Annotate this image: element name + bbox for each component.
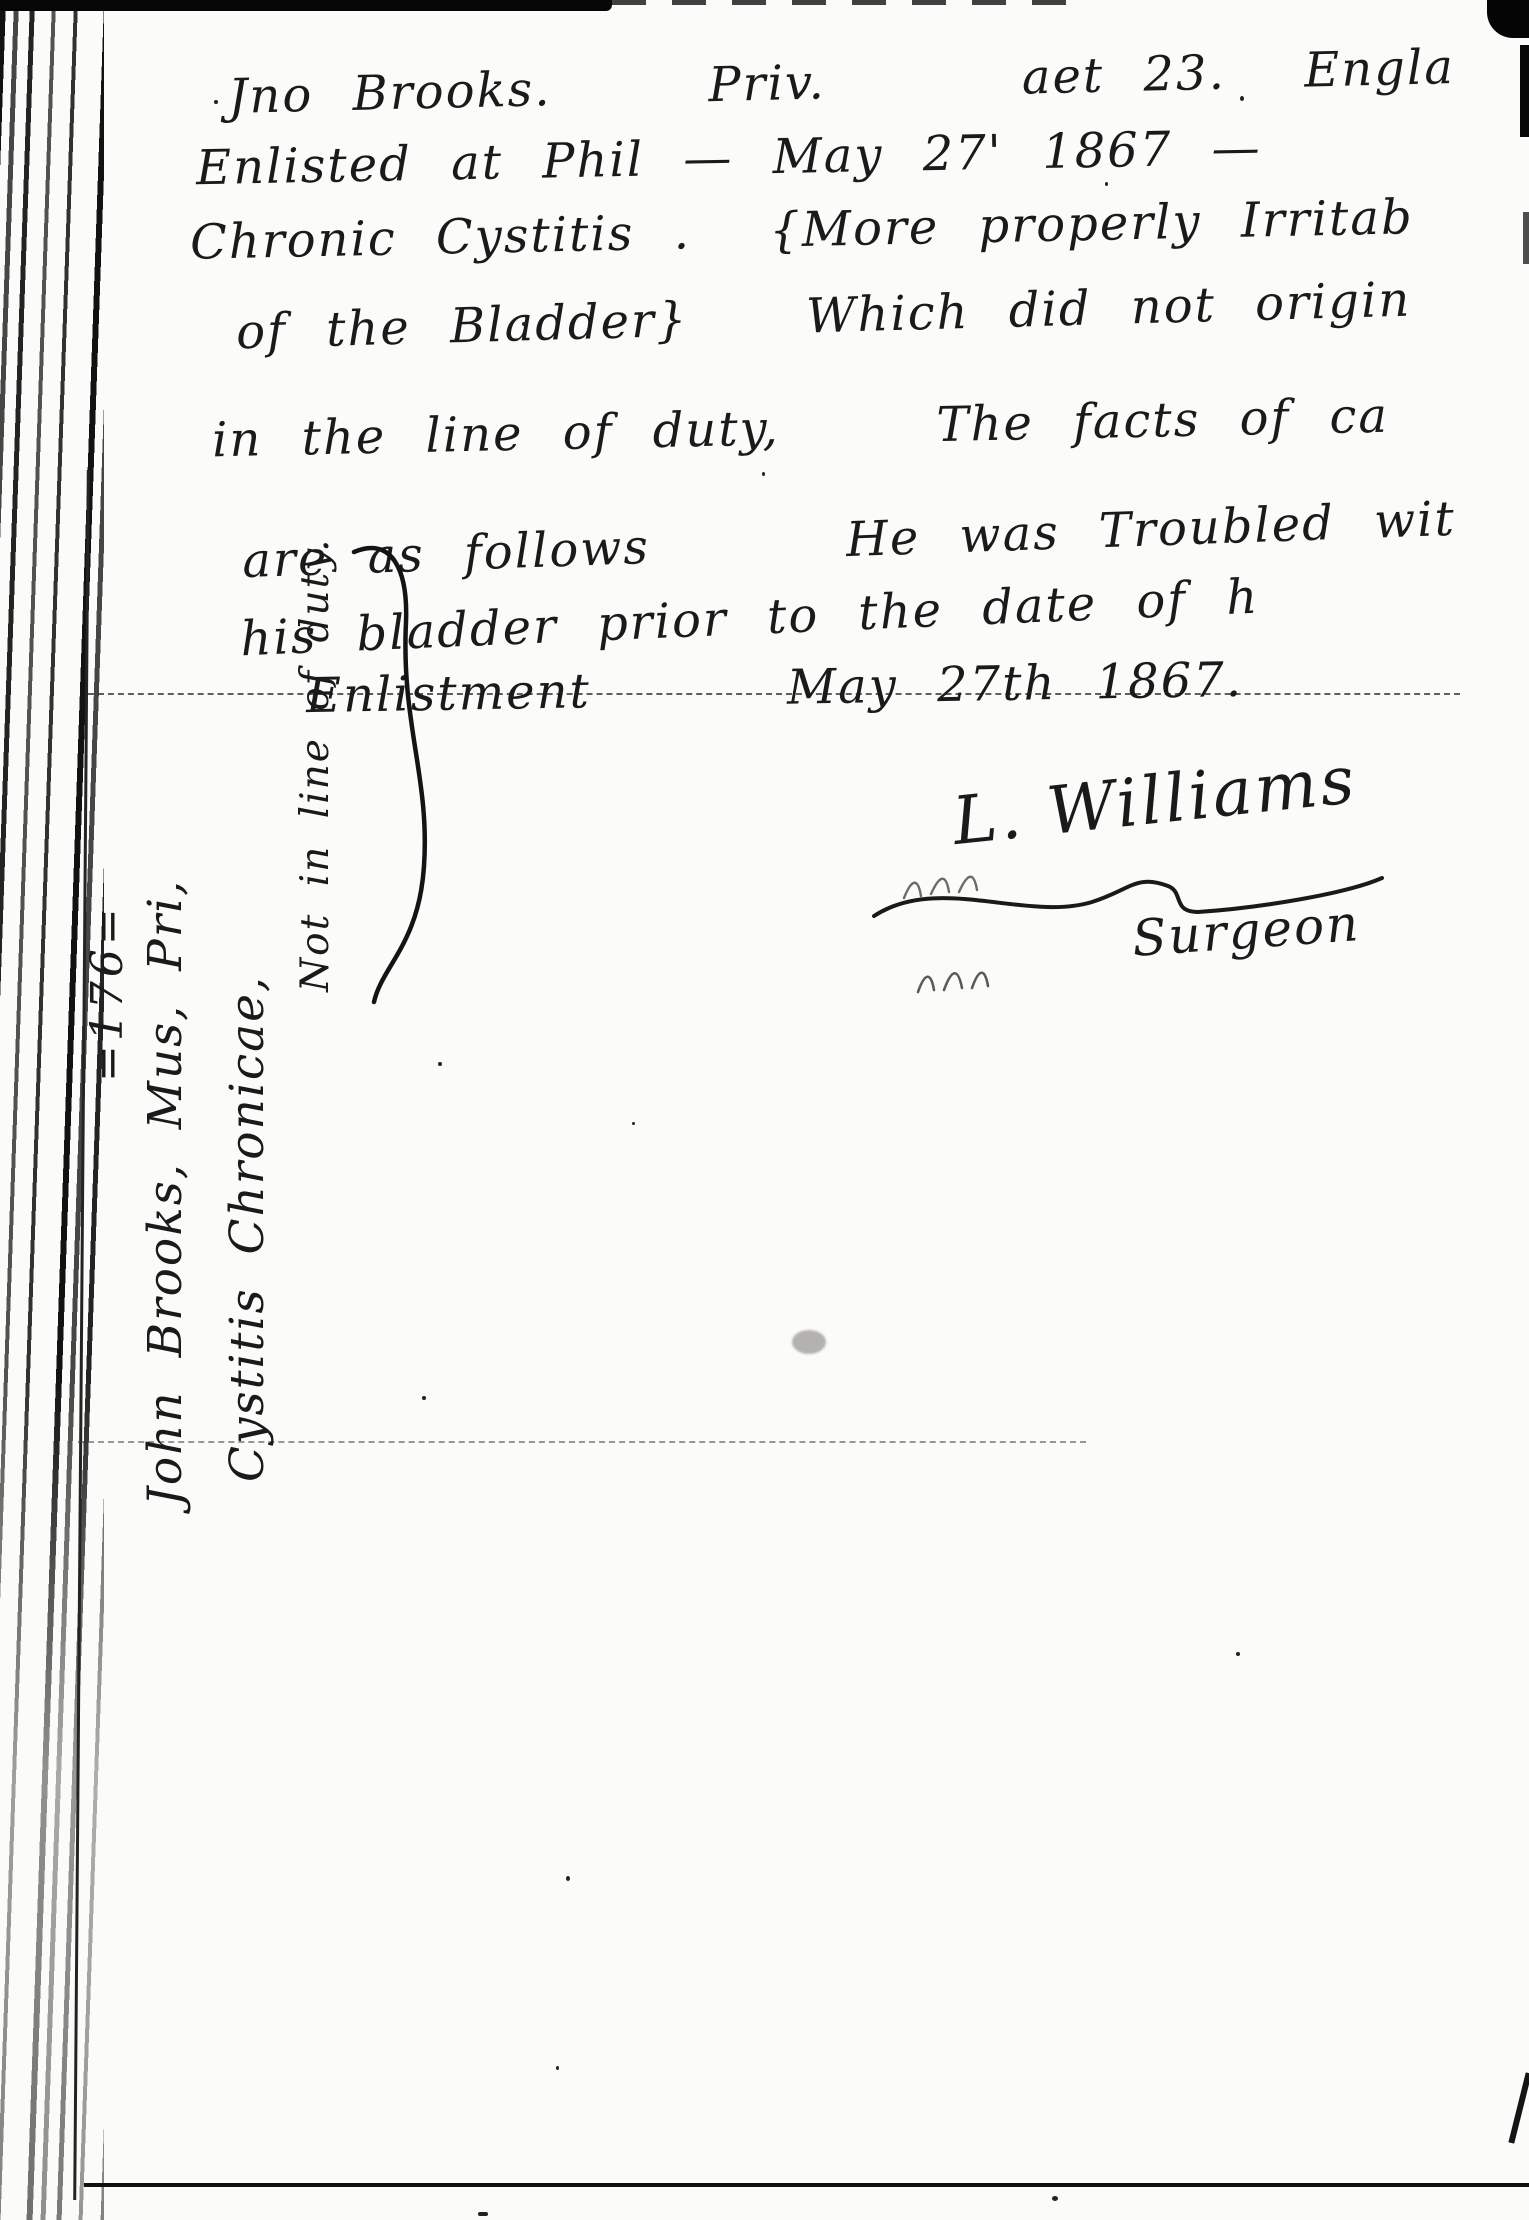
dust-speck [1240, 96, 1244, 101]
dust-speck [556, 2066, 559, 2070]
dust-speck [438, 1062, 442, 1066]
entry-line: Chronic Cystitis . {More properly Irrita… [190, 193, 1414, 267]
entry-line: Enlisted at Phil — May 27' 1867 — [196, 124, 1262, 192]
dust-speck [632, 1122, 635, 1125]
book-binding-edge [0, 0, 104, 2220]
docket-name-line: John Brooks, Mus, Pri, [142, 746, 189, 1506]
surgeon-signature: L. Williams [949, 741, 1361, 860]
dust-speck [1052, 2196, 1058, 2201]
docket-diagnosis-line: Cystitis Chronicae, [224, 776, 271, 1482]
dust-speck [566, 1876, 570, 1881]
scan-corner-blot [1487, 0, 1529, 38]
docket-brace-curve [330, 534, 442, 1020]
scan-right-edge-mark [1523, 212, 1529, 264]
page-bottom-border-line [84, 2183, 1529, 2187]
scanned-document-page: Jno Brooks. Priv. aet 23. Engla Enlisted… [0, 0, 1529, 2220]
dust-speck [522, 322, 526, 326]
entry-line: Enlistment May 27th 1867. [306, 656, 1244, 720]
docket-case-number: =176= [86, 882, 130, 1082]
dust-speck [422, 1396, 426, 1400]
dust-speck [1236, 1652, 1240, 1656]
scan-right-edge-mark [1520, 45, 1529, 137]
scan-right-edge-mark [1508, 2072, 1529, 2143]
dust-speck [478, 2212, 488, 2216]
entry-line: of the Bladder} Which did not origin [236, 276, 1412, 357]
ink-squiggle-marks [910, 948, 1006, 1004]
dust-speck [762, 472, 765, 476]
dust-speck [214, 100, 218, 104]
entry-line: in the line of duty, The facts of ca [212, 392, 1390, 465]
scan-top-edge-artifact [0, 0, 612, 11]
entry-line: Jno Brooks. Priv. aet 23. Engla [228, 43, 1456, 121]
scan-top-edge-artifact-thin [612, 0, 1082, 5]
ink-smudge [792, 1330, 826, 1354]
ink-squiggle-marks [898, 856, 1002, 908]
dust-speck [1105, 182, 1108, 186]
